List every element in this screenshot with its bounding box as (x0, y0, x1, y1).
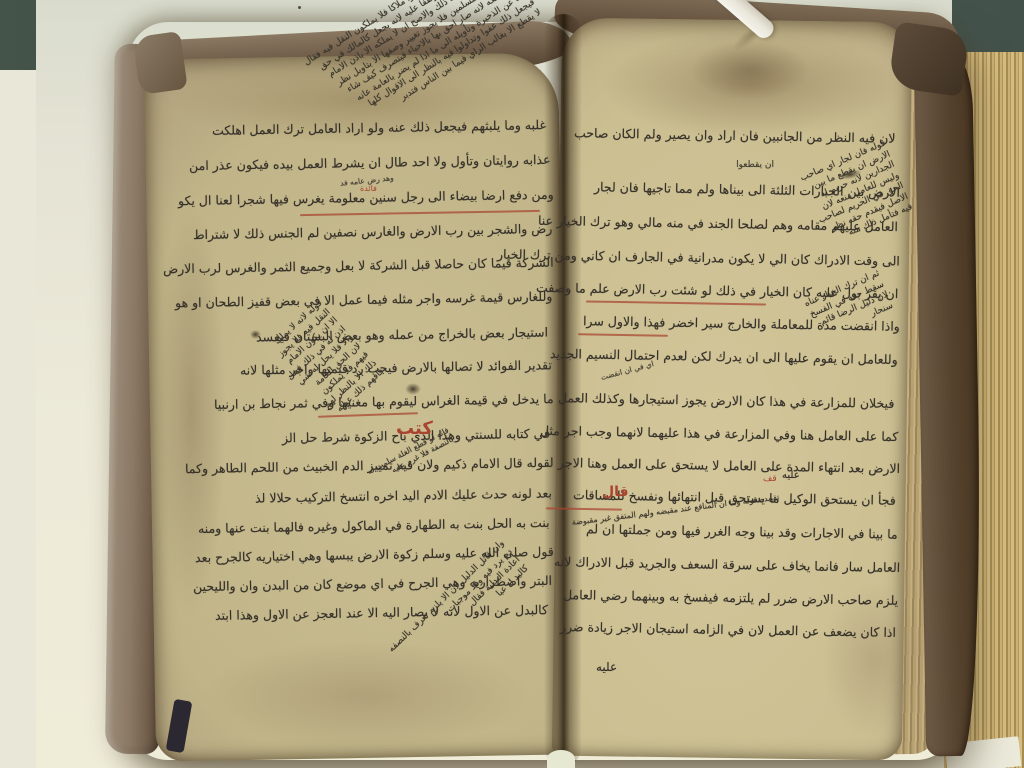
page-stain (200, 640, 530, 750)
interlinear-note: ان يقطعوا (736, 160, 774, 170)
red-ink-word: كتب (396, 418, 433, 439)
red-ink-note: فائدة (360, 184, 377, 193)
manuscript-photo-scene: غلبه وما يلبثهم فيجعل ذلك عنه ولو اراد ا… (0, 0, 1024, 768)
catchword: عليه (596, 660, 617, 674)
mat-speck (298, 6, 301, 9)
wood-table-left (0, 30, 40, 768)
gutter-bottom-notch (547, 750, 575, 768)
page-stain (690, 40, 810, 100)
margin-note: عليه (782, 470, 800, 481)
red-ink-mark: قف (763, 474, 777, 484)
red-ink-word: قال (602, 484, 629, 500)
